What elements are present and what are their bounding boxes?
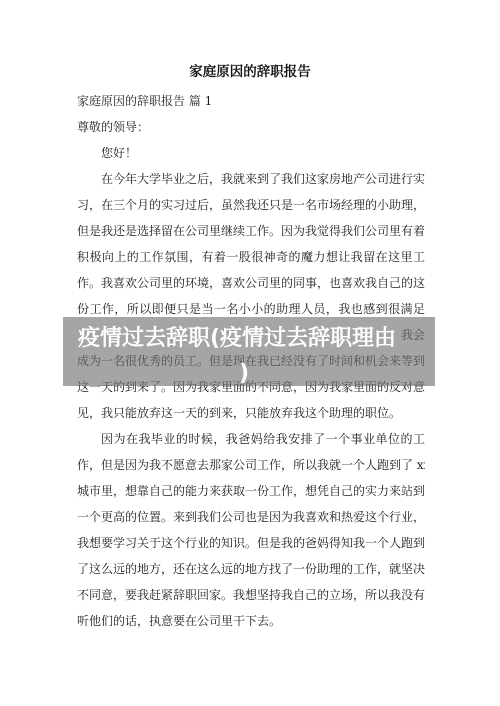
paragraph-line: 积极向上的工作氛围，有着一股很神奇的魔力想让我留在这里工 <box>77 244 425 270</box>
greeting: 您好！ <box>77 140 425 166</box>
paragraph-line: 听他们的话，执意要在公司里干下去。 <box>77 608 425 634</box>
title-overlay-banner: 疫情过去辞职(疫情过去辞职理由 ) <box>63 317 435 386</box>
paragraph-line: 了这么远的地方，还在这么远的地方找了一份助理的工作，就坚决 <box>77 556 425 582</box>
paragraph-2: 因为在我毕业的时候，我爸妈给我安排了一个事业单位的工 作，但是因为我不愿意去那家… <box>77 426 425 634</box>
overlay-title-line-2: ) <box>63 361 425 387</box>
paragraph-1: 在今年大学毕业之后，我就来到了我们这家房地产公司进行实 习，在三个月的实习过后，… <box>77 166 425 426</box>
paragraph-line: 因为在我毕业的时候，我爸妈给我安排了一个事业单位的工 <box>77 426 425 452</box>
paragraph-line: 习，在三个月的实习过后，虽然我还只是一名市场经理的小助理， <box>77 192 425 218</box>
document-title: 家庭原因的辞职报告 <box>0 62 500 82</box>
paragraph-line: 作，但是因为我不愿意去那家公司工作，所以我就一个人跑到了 xx <box>77 452 425 478</box>
paragraph-line: 见，我只能放弃这一天的到来，只能放弃我这个助理的职位。 <box>77 400 425 426</box>
paragraph-line: 城市里，想靠自己的能力来获取一份工作，想凭自己的实力来站到 <box>77 478 425 504</box>
salutation: 尊敬的领导： <box>77 114 425 140</box>
document-subtitle: 家庭原因的辞职报告 篇 1 <box>77 88 425 114</box>
overlay-title-line-1: 疫情过去辞职(疫情过去辞职理由 <box>72 326 402 352</box>
paragraph-line: 在今年大学毕业之后，我就来到了我们这家房地产公司进行实 <box>77 166 425 192</box>
paragraph-line: 但是我还是选择留在公司里继续工作。因为我觉得我们公司里有着 <box>77 218 425 244</box>
document-page: 家庭原因的辞职报告 家庭原因的辞职报告 篇 1 尊敬的领导： 您好！ 在今年大学… <box>0 0 500 706</box>
paragraph-line: 一个更高的位置。来到我们公司也是因为我喜欢和热爱这个行业， <box>77 504 425 530</box>
paragraph-line: 我想要学习关于这个行业的知识。但是我的爸妈得知我一个人跑到 <box>77 530 425 556</box>
paragraph-line: 不同意，要我赶紧辞职回家。我想坚持我自己的立场，所以我没有 <box>77 582 425 608</box>
paragraph-line: 作。我喜欢公司里的环境，喜欢公司里的同事，也喜欢我自己的这 <box>77 270 425 296</box>
